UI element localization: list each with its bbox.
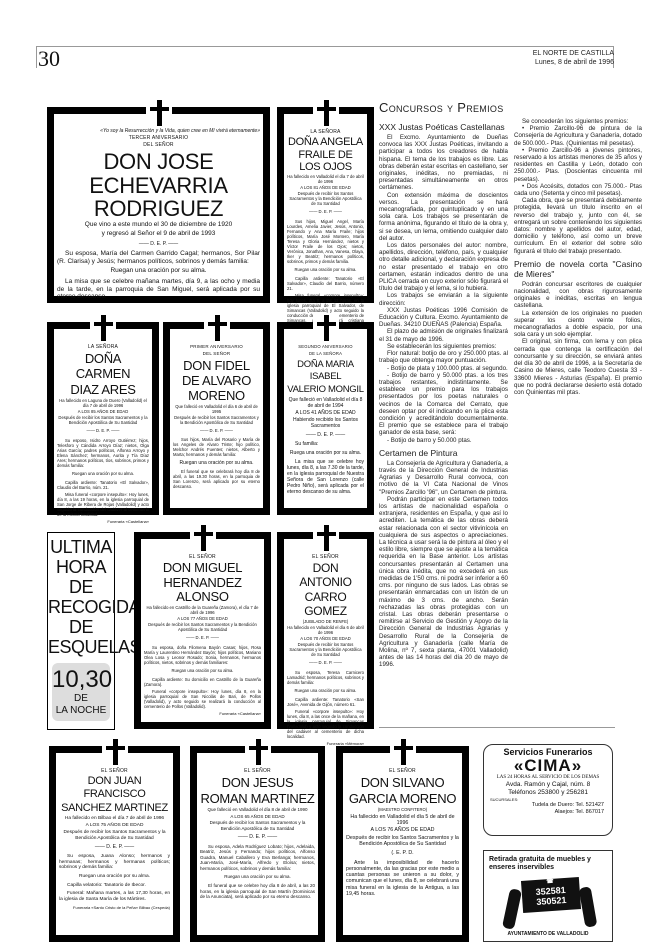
- ultima-hora-line: RECOGIDA: [48, 597, 114, 617]
- article-column-2: Se concederán los siguientes premios: • …: [514, 118, 642, 722]
- obituary-line: A LOS 65 AÑOS DE EDAD: [200, 814, 315, 820]
- cross-icon: [313, 523, 339, 553]
- obituary-line: Ha fallecido en Valladolid el día 5 de a…: [346, 814, 459, 827]
- cross-icon: [313, 313, 339, 343]
- obituary-line: (JUBILADO DE RENFE): [287, 619, 364, 624]
- obituary-name: DON JOSE: [57, 150, 260, 173]
- article-paragraph: El plazo de admisión de originales final…: [379, 328, 508, 342]
- obituary-pre: PRIMER ANIVERSARIO: [173, 344, 260, 350]
- obituary-name: DIAZ ARES: [57, 382, 149, 397]
- obituary-hernandez: EL SEÑOR DON MIGUEL HERNANDEZ ALONSO Ha …: [134, 532, 271, 729]
- obituary-rip: —— D. E. P. ——: [173, 428, 260, 434]
- funeral-home: Funeraria «Castellana»: [144, 711, 261, 717]
- cross-icon: [204, 313, 230, 343]
- obituary-pre: EL SEÑOR: [59, 768, 170, 774]
- obituary-quote: «Yo soy la Resurrección y la Vida, quien…: [57, 128, 260, 134]
- obituary-rip: —— D. E. P. ——: [200, 834, 315, 840]
- article-paragraph: El original, sin firma, con lema y con p…: [514, 338, 642, 396]
- cross-icon: [102, 737, 128, 767]
- publication-name: EL NORTE DE CASTILLA: [533, 49, 614, 58]
- obituary-note: Capilla ardiente: Tanatorio «El Salvador…: [287, 276, 364, 291]
- obituary-name: ROMAN MARTINEZ: [200, 791, 315, 806]
- article-paragraph: Flor natural: botijo de oro y 250.000 pt…: [379, 350, 508, 364]
- obituary-note: Funeral «corpore insepulto»: Hoy lunes, …: [144, 689, 261, 709]
- section-title: Concursos y Premios: [379, 100, 504, 115]
- obituary-rip: —— D. E. P. ——: [287, 432, 364, 438]
- obituary-line: Después de recibir los Santos Sacramento…: [287, 191, 364, 206]
- obituary-line: Ha fallecido en Castrillo de la Guareña …: [144, 605, 261, 615]
- obituary-body: Su esposa, Adela Rodríguez Lobato; hijos…: [200, 844, 315, 872]
- article-paragraph: Los datos personales del autor: nombre, …: [379, 242, 508, 292]
- cross-icon: [245, 737, 271, 767]
- obituary-line: Después de recibir los Santos Sacramento…: [57, 415, 149, 425]
- article-paragraph: - Botijo de plata y 100.000 ptas. al seg…: [379, 365, 508, 372]
- obituary-body: Ante la imposibilidad de hacerlo persona…: [346, 860, 459, 898]
- obituary-note: Funeral: Mañana martes, a las 17,30 hora…: [59, 891, 170, 903]
- obituary-body: Su esposa, doña Filomena Bayón Casas; hi…: [144, 645, 261, 665]
- obituary-note: Capilla ardiente: Tanatorio «San José», …: [287, 697, 364, 707]
- obituary-note: Misa funeral «corpore insepulto»: Hoy lu…: [57, 492, 149, 517]
- obituary-line: Que vino a este mundo el 30 de diciembre…: [57, 221, 260, 229]
- obituary-rip: —— D. E. P. ——: [287, 209, 364, 215]
- obituary-fraile: LA SEÑORA DOÑA ANGELA FRAILE DE LOS OJOS…: [277, 107, 374, 303]
- obituary-pre: TERCER ANIVERSARIO: [57, 135, 260, 141]
- obituary-line: Ha fallecido en Bilbao el día 7 de abril…: [59, 816, 170, 822]
- obituary-line: Después de recibir los Santos Sacramento…: [173, 415, 260, 425]
- ad-retirada-footer: AYUNTAMIENTO DE VALLADOLID: [484, 931, 612, 937]
- article-paragraph: Con extensión máxima de doscientos verso…: [379, 192, 508, 242]
- obituary-body: Su esposo, Isidro Arroyo Gutiérrez; hijo…: [57, 438, 149, 468]
- article-paragraph: Cada obra, que se presentará debidamente…: [514, 197, 642, 255]
- article-bottom-rule: [379, 727, 615, 728]
- mover-figure-icon: [502, 888, 522, 930]
- obituary-line: Que falleció en Valladolid el día 6 de a…: [173, 404, 260, 414]
- obituary-garcia: EL SEÑOR DON SILVANO GARCIA MORENO (MAES…: [336, 746, 469, 942]
- page-number: 30: [38, 48, 60, 70]
- obituary-name: GARCIA MORENO: [346, 791, 459, 806]
- obituary-note: Funeral «corpore insepulto»: Hoy lunes, …: [287, 709, 364, 739]
- cross-icon: [90, 313, 116, 343]
- obituary-echevarria: «Yo soy la Resurrección y la Vida, quien…: [47, 107, 270, 303]
- cross-icon: [190, 523, 216, 553]
- header-left-rule: [36, 46, 37, 68]
- obituary-line: (MAESTRO CONFITERO): [346, 807, 459, 813]
- obituary-pray: Ruegan una oración por su alma.: [144, 668, 261, 674]
- obituary-name: HERNANDEZ ALONSO: [144, 576, 261, 604]
- cross-icon: [390, 737, 416, 767]
- obituary-name: DON FIDEL: [173, 359, 260, 373]
- obituary-line: Ha fallecido en Valladolid el día 7 de a…: [287, 174, 364, 184]
- obituary-rip: —— D. E. P. ——: [59, 844, 170, 850]
- ultima-hora-line: HORA DE: [48, 557, 114, 597]
- deadline-time: 10,30: [52, 667, 110, 693]
- obituary-note: La misa que se celebre hoy lunes, día 8,…: [287, 459, 364, 495]
- article-paragraph: • Dos Accésits, dotados con 75.000.- Pta…: [514, 183, 642, 197]
- obituary-name: DE ALVARO: [173, 374, 260, 388]
- obituary-rip: (. E. P. D.: [346, 850, 459, 856]
- article-title-justas: XXX Justas Poéticas Castellanas: [379, 122, 508, 132]
- obituary-name: DOÑA CARMEN: [57, 351, 149, 381]
- obituary-pre: EL SEÑOR: [287, 554, 364, 560]
- obituary-name: DON SILVANO: [346, 775, 459, 790]
- obituary-pre: LA SEÑORA: [57, 344, 149, 350]
- obituary-name: DON JESUS: [200, 775, 315, 790]
- article-column-1: XXX Justas Poéticas Castellanas El Excmo…: [379, 118, 508, 718]
- obituary-name: SANCHEZ MARTINEZ: [59, 802, 170, 815]
- ultima-hora-line: DE: [48, 617, 114, 637]
- obituary-body: Su esposa, Juana Alonso; hermanos y herm…: [59, 854, 170, 871]
- obituary-roman: EL SEÑOR DON JESUS ROMAN MARTINEZ Que fa…: [190, 746, 325, 942]
- obituary-pray: Ruegan una oración por su alma.: [173, 460, 260, 466]
- obituary-pray: Ruegan una oración por su alma.: [200, 874, 315, 880]
- obituary-note: El funeral que se celebrará hoy día 8 de…: [173, 469, 260, 489]
- obituary-name: DOÑA MARIA ISABEL: [287, 359, 364, 383]
- obituary-line: Ha fallecido en Valladolid el día 6 de a…: [287, 625, 364, 635]
- obituary-pre: EL SEÑOR: [346, 768, 459, 774]
- article-title-certamen: Certamen de Pintura: [379, 448, 508, 458]
- obituary-name: DON JUAN FRANCISCO: [59, 775, 170, 801]
- obituary-body: Su esposa, María del Carmen Garrido Caga…: [57, 250, 260, 266]
- obituary-note: La misa que se celebre mañana martes, dí…: [57, 278, 260, 301]
- obituary-sanchez: EL SEÑOR DON JUAN FRANCISCO SANCHEZ MART…: [49, 746, 180, 942]
- obituary-line: Que falleció en Valladolid el día 8 de a…: [200, 807, 315, 813]
- obituary-carro: EL SEÑOR DON ANTONIO CARRO GOMEZ (JUBILA…: [277, 532, 374, 729]
- article-paragraph: • Premio Zarcillo-96 a jóvenes pintores,…: [514, 147, 642, 183]
- obituary-line: A LOS 70 AÑOS DE EDAD: [287, 636, 364, 641]
- obituary-note: Capilla velatorio: Tanatorio de Ibecor.: [59, 883, 170, 889]
- obituary-pre: LA SEÑORA: [287, 129, 364, 135]
- obituary-rip: —— D. E. P. ——: [144, 635, 261, 641]
- obituary-line: y regresó al Señor el 9 de abril de 1993: [57, 230, 260, 238]
- obituary-name: ECHEVARRIA RODRIGUEZ: [57, 174, 260, 220]
- obituary-body: Sus hijos, Miguel Angel, María Lourdes, …: [287, 219, 364, 264]
- obituary-line: Que falleció en Valladolid el día 8 de a…: [287, 397, 364, 409]
- ad-cima-branch: Tudela de Duero: Tel. 521427: [484, 802, 612, 809]
- article-paragraph: La Consejería de Agricultura y Ganadería…: [379, 460, 508, 496]
- article-title-novela: Premio de novela corta "Casino de Mieres…: [514, 259, 642, 279]
- funeral-home: Funeraria «Santo Cristo de la Peña» Bilb…: [59, 905, 170, 911]
- obituary-note: El funeral que se celebre hoy día 8 de a…: [200, 883, 315, 900]
- obituary-pray: Ruega una oración por su alma.: [287, 450, 364, 456]
- obituary-alvaro: PRIMER ANIVERSARIO DEL SEÑOR DON FIDEL D…: [163, 322, 270, 515]
- article-paragraph: Se concederán los siguientes premios:: [514, 118, 642, 125]
- obituary-name: FRAILE DE LOS OJOS: [287, 149, 364, 173]
- obituary-pray: Ruegan una oración por su alma.: [287, 267, 364, 273]
- obituary-line: A LOS 85 AÑOS DE EDAD: [57, 409, 149, 414]
- ad-cima-branch: Alaejos: Tel. 867017: [484, 809, 612, 816]
- obituary-pre: EL SEÑOR: [200, 768, 315, 774]
- cross-icon: [313, 98, 339, 128]
- obituary-name: DOÑA ANGELA: [287, 136, 364, 148]
- obituary-valerio: SEGUNDO ANIVERSARIO DE LA SEÑORA DOÑA MA…: [277, 322, 374, 515]
- deadline-label: LA NOCHE: [52, 705, 110, 717]
- article-paragraph: • Premio Zarcillo-96 de pintura de la Co…: [514, 125, 642, 147]
- obituary-pre: SEGUNDO ANIVERSARIO: [287, 344, 364, 350]
- obituary-note: Capilla ardiente: Tanatorio «El Salvador…: [57, 480, 149, 490]
- article-paragraph: - Botijo de barro y 50.000 ptas. a los t…: [379, 372, 508, 437]
- ad-retirada-title: Retirada gratuita de muebles y enseres i…: [484, 851, 612, 872]
- article-paragraph: XXX Justas Poéticas 1996 Comisión de Edu…: [379, 307, 508, 329]
- obituary-line: Después de recibir los Santos Sacramento…: [200, 820, 315, 831]
- obituary-name: CARRO GOMEZ: [287, 590, 364, 618]
- obituary-line: Ha fallecido en Laguna de Duero (Vallado…: [57, 398, 149, 408]
- obituary-pray: Ruegan una oración por su alma.: [57, 471, 149, 477]
- obituary-line: A LOS 77 AÑOS DE EDAD: [144, 616, 261, 621]
- obituary-line: Después de recibir los Santos Sacramento…: [59, 830, 170, 842]
- furniture-box-icon: ☎ 352581 350521: [521, 877, 581, 913]
- obituary-line: A LOS 81 AÑOS DE EDAD: [287, 185, 364, 190]
- deadline-label: DE: [52, 693, 110, 705]
- obituary-line: Después de recibir los Santos Sacramento…: [287, 642, 364, 657]
- ad-cima: Servicios Funerarios «CIMA» LAS 24 HORAS…: [483, 744, 613, 836]
- article-paragraph: Se establecerán los siguientes premios:: [379, 343, 508, 350]
- cross-icon: [146, 98, 172, 128]
- article-paragraph: Los trabajos se enviarán a la siguiente …: [379, 292, 508, 306]
- obituary-line: Después de recibir los Santos Sacramento…: [346, 835, 459, 848]
- obituary-pray: Ruegan una oración por su alma.: [57, 268, 260, 274]
- obituary-line: Habiendo recibido los Santos Sacramentos: [287, 417, 364, 429]
- article-paragraph: Podrán concursar escritores de cualquier…: [514, 281, 642, 310]
- obituary-line: A LOS 41 AÑOS DE EDAD: [287, 410, 364, 416]
- obituary-name: DON ANTONIO: [287, 561, 364, 589]
- deadline-box: 10,30 DE LA NOCHE: [52, 663, 110, 721]
- obituary-name: DON MIGUEL: [144, 561, 261, 575]
- obituary-name: MORENO: [173, 389, 260, 403]
- obituary-line: Después de recibir los Santos Sacramento…: [144, 622, 261, 632]
- obituary-pre: DEL SEÑOR: [57, 142, 260, 148]
- ultima-hora-line: ULTIMA: [48, 537, 114, 557]
- ad-cima-address: Avda. Ramón y Cajal, núm. 8: [484, 781, 612, 789]
- article-paragraph: Podrán participar en este Certamen todos…: [379, 496, 508, 669]
- obituary-rip: —— D. E. P. ——: [57, 428, 149, 434]
- obituary-note: Capilla ardiente: Su domicilio en Castri…: [144, 677, 261, 687]
- obituary-line: A LOS 76 AÑOS DE EDAD: [346, 827, 459, 833]
- obituary-pray: Ruegan una oración por su alma.: [287, 688, 364, 694]
- ad-retirada: Retirada gratuita de muebles y enseres i…: [483, 850, 613, 942]
- obituary-rip: —— D. E. P. ——: [287, 660, 364, 666]
- mover-figure-icon: [579, 886, 598, 927]
- ultima-hora-line: ESQUELAS: [48, 637, 114, 657]
- article-paragraph: El Excmo. Ayuntamiento de Dueñas convoca…: [379, 134, 508, 192]
- obituary-pre: DE LA SEÑORA: [287, 351, 364, 357]
- obituary-name: VALERIO MONGIL: [287, 384, 364, 396]
- obituary-line: A LOS 75 AÑOS DE EDAD: [59, 823, 170, 829]
- obituary-pre: DEL SEÑOR: [173, 351, 260, 357]
- ultima-hora-box: ULTIMA HORA DE RECOGIDA DE ESQUELAS 10,3…: [47, 532, 115, 730]
- obituary-body: Su esposa, Teresa Carnicero Lamadrid; he…: [287, 670, 364, 685]
- obituary-pray: Ruegan una oración por su alma.: [59, 874, 170, 880]
- ad-cima-phones: Teléfonos 253800 y 256281: [484, 789, 612, 797]
- obituary-diaz: LA SEÑORA DOÑA CARMEN DIAZ ARES Ha falle…: [47, 322, 159, 515]
- funeral-home: Funeraria «Castellana»: [57, 519, 149, 525]
- article-paragraph: La extensión de los originales no pueden…: [514, 310, 642, 339]
- obituary-body: Sus hijos, María del Rosario y María de …: [173, 437, 260, 457]
- publication-info: EL NORTE DE CASTILLA Lunes, 8 de abril d…: [533, 49, 614, 67]
- obituary-body: Su familia:: [287, 441, 364, 447]
- publication-date: Lunes, 8 de abril de 1996: [533, 58, 614, 67]
- article-paragraph: - Botijo de barro y 50.000 ptas.: [379, 437, 508, 444]
- obituary-rip: —— D. E. P. ——: [57, 241, 260, 247]
- header-rule: [36, 46, 614, 47]
- ad-cima-brand: «CIMA»: [484, 757, 612, 775]
